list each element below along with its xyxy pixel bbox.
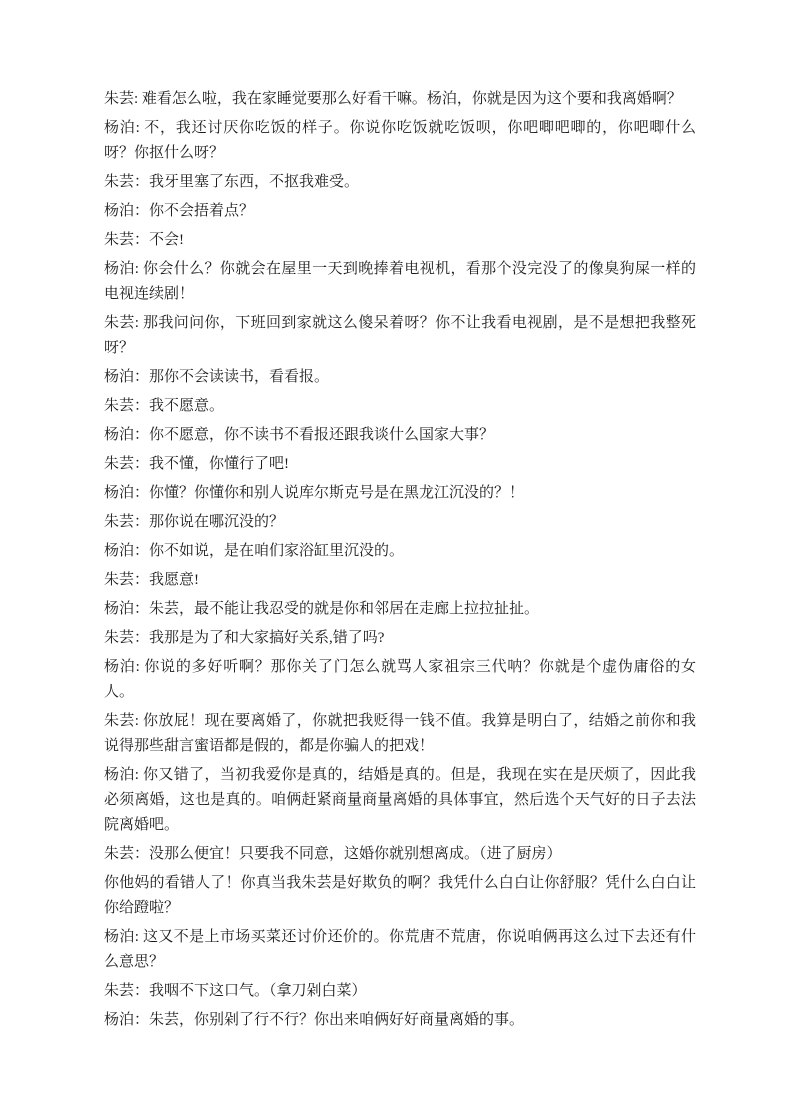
dialogue-paragraph: 朱芸：不会!: [104, 228, 696, 253]
dialogue-paragraph: 杨泊：朱芸，最不能让我忍受的就是你和邻居在走廊上拉拉扯扯。: [104, 597, 696, 622]
dialogue-content: 朱芸: 难看怎么啦，我在家睡觉要那么好看干嘛。杨泊，你就是因为这个要和我离婚啊？…: [104, 87, 696, 1037]
dialogue-paragraph: 朱芸：我不懂，你懂行了吧!: [104, 452, 696, 477]
dialogue-paragraph: 你他妈的看错人了！你真当我朱芸是好欺负的啊？我凭什么白白让你舒服？凭什么白白让你…: [104, 871, 696, 921]
dialogue-paragraph: 朱芸：我那是为了和大家搞好关系,错了吗?: [104, 626, 696, 651]
dialogue-paragraph: 朱芸：那你说在哪沉没的？: [104, 510, 696, 535]
dialogue-paragraph: 朱芸: 难看怎么啦，我在家睡觉要那么好看干嘛。杨泊，你就是因为这个要和我离婚啊？: [104, 87, 696, 112]
dialogue-paragraph: 朱芸：我牙里塞了东西，不抠我难受。: [104, 170, 696, 195]
dialogue-paragraph: 朱芸: 你放屁！现在要离婚了，你就把我贬得一钱不值。我算是明白了，结婚之前你和我…: [104, 709, 696, 759]
dialogue-paragraph: 杨泊：你不会捂着点？: [104, 199, 696, 224]
dialogue-paragraph: 杨泊：朱芸，你别剁了行不行？你出来咱俩好好商量离婚的事。: [104, 1008, 696, 1033]
dialogue-paragraph: 杨泊：你不如说，是在咱们家浴缸里沉没的。: [104, 539, 696, 564]
dialogue-paragraph: 杨泊：那你不会读读书，看看报。: [104, 365, 696, 390]
dialogue-paragraph: 杨泊：你不愿意，你不读书不看报还跟我谈什么国家大事？: [104, 423, 696, 448]
dialogue-paragraph: 杨泊: 这又不是上市场买菜还讨价还价的。你荒唐不荒唐，你说咱俩再这么过下去还有什…: [104, 925, 696, 975]
document-page: 朱芸: 难看怎么啦，我在家睡觉要那么好看干嘛。杨泊，你就是因为这个要和我离婚啊？…: [0, 0, 792, 1120]
dialogue-paragraph: 朱芸：我不愿意。: [104, 394, 696, 419]
dialogue-paragraph: 杨泊: 你又错了，当初我爱你是真的，结婚是真的。但是，我现在实在是厌烦了，因此我…: [104, 763, 696, 838]
dialogue-paragraph: 朱芸: 那我问问你，下班回到家就这么傻呆着呀？你不让我看电视剧，是不是想把我整死…: [104, 311, 696, 361]
dialogue-paragraph: 朱芸：我愿意!: [104, 568, 696, 593]
dialogue-paragraph: 杨泊：你懂？你懂你和别人说库尔斯克号是在黑龙江沉没的？！: [104, 481, 696, 506]
dialogue-paragraph: 杨泊: 不，我还讨厌你吃饭的样子。你说你吃饭就吃饭呗，你吧唧吧唧的，你吧唧什么呀…: [104, 116, 696, 166]
dialogue-paragraph: 朱芸：我咽不下这口气。（拿刀剁白菜）: [104, 979, 696, 1004]
dialogue-paragraph: 朱芸：没那么便宜！只要我不同意，这婚你就别想离成。（进了厨房）: [104, 842, 696, 867]
dialogue-paragraph: 杨泊: 你会什么？你就会在屋里一天到晚捧着电视机，看那个没完没了的像臭狗屎一样的…: [104, 257, 696, 307]
dialogue-paragraph: 杨泊: 你说的多好听啊？那你关了门怎么就骂人家祖宗三代呐？你就是个虚伪庸俗的女人…: [104, 655, 696, 705]
